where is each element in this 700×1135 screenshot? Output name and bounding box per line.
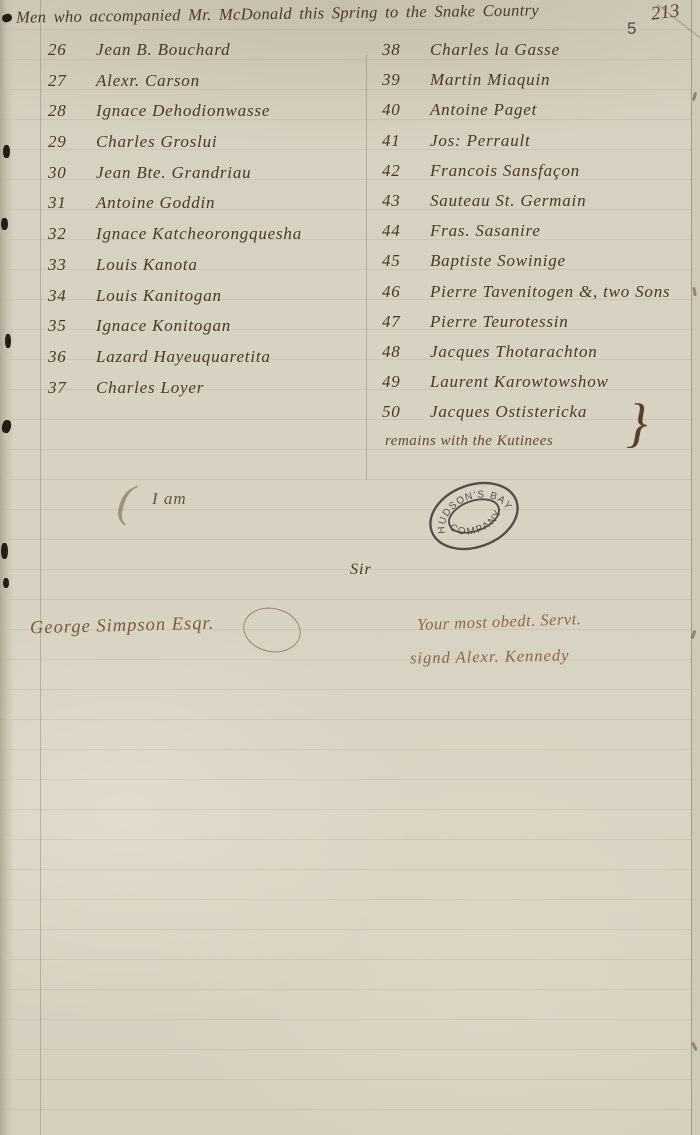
roster-number: 40 [382, 100, 430, 130]
stitch-mark [5, 334, 11, 348]
roster-number: 45 [382, 251, 430, 281]
roster-row: 26Jean B. Bouchard [48, 40, 302, 71]
roster-number: 29 [48, 132, 96, 163]
roster-row: 35Ignace Konitogan [48, 316, 302, 347]
stitch-mark [3, 578, 9, 588]
roster-number: 50 [382, 402, 430, 432]
roster-number: 32 [48, 224, 96, 255]
roster-row: 48Jacques Thotarachton [382, 342, 670, 372]
roster-number: 28 [48, 101, 96, 132]
roster-name: Sauteau St. Germain [430, 191, 586, 221]
valediction-line: Your most obedt. Servt. [417, 609, 582, 635]
addressee-line: George Simpson Esqr. [30, 614, 215, 640]
roster-name: Ignace Dehodionwasse [96, 101, 270, 132]
roster-row: 45Baptiste Sowinige [382, 251, 670, 281]
roster-row: 46Pierre Tavenitogen &, two Sons [382, 282, 670, 312]
salutation-sir: Sir [350, 561, 372, 579]
roster-name: Antoine Paget [430, 100, 537, 130]
roster-name: Jos: Perrault [430, 131, 531, 161]
roster-row: 27Alexr. Carson [48, 71, 302, 102]
roster-name: Charles la Gasse [430, 40, 560, 70]
roster-name: Jean Bte. Grandriau [96, 163, 251, 194]
roster-number: 46 [382, 282, 430, 312]
roster-name: Jacques Ostistericka [430, 402, 587, 432]
roster-name: Lazard Hayeuquaretita [96, 347, 271, 378]
roster-name: Ignace Konitogan [96, 316, 231, 347]
roster-number: 42 [382, 161, 430, 191]
roster-row: 38Charles la Gasse [382, 40, 670, 70]
roster-name: Charles Loyer [96, 378, 204, 409]
flourish-mark: ( [115, 477, 137, 525]
roster-name: Charles Groslui [96, 132, 217, 163]
roster-name: Louis Kanota [96, 255, 198, 286]
roster-number: 26 [48, 40, 96, 71]
roster-name: Ignace Katcheorongquesha [96, 224, 302, 255]
roster-row: 29Charles Groslui [48, 132, 302, 163]
roster-number: 27 [48, 71, 96, 102]
roster-name: Laurent Karowtowshow [430, 372, 609, 402]
roster-number: 36 [48, 347, 96, 378]
signature-line: signd Alexr. Kennedy [410, 646, 570, 669]
stitch-mark [1, 543, 8, 559]
roster-row: 30Jean Bte. Grandriau [48, 163, 302, 194]
roster-number: 39 [382, 70, 430, 100]
stitch-mark [1, 218, 8, 230]
roster-row: 42Francois Sansfaçon [382, 161, 670, 191]
roster-row: 32Ignace Katcheorongquesha [48, 224, 302, 255]
roster-number: 44 [382, 221, 430, 251]
roster-number: 37 [48, 378, 96, 409]
roster-number: 35 [48, 316, 96, 347]
roster-name: Pierre Tavenitogen &, two Sons [430, 282, 670, 312]
roster-name: Martin Miaquin [430, 70, 550, 100]
roster-name: Baptiste Sowinige [430, 251, 566, 281]
roster-name: Francois Sansfaçon [430, 161, 580, 191]
roster-name: Pierre Teurotessin [430, 312, 569, 342]
hudsons-bay-company-stamp: HUDSON'S BAY COMPANY [413, 461, 534, 570]
roster-name: Alexr. Carson [96, 71, 200, 102]
signature-flourish [239, 602, 305, 657]
roster-name: Jean B. Bouchard [96, 40, 230, 71]
roster-number: 31 [48, 193, 96, 224]
roster-left-column: 26Jean B. Bouchard 27Alexr. Carson 28Ign… [48, 40, 302, 408]
page-right-edge [691, 0, 700, 1135]
roster-row: 34Louis Kanitogan [48, 286, 302, 317]
roster-number: 43 [382, 191, 430, 221]
roster-name: Jacques Thotarachton [430, 342, 598, 372]
document-page: Men who accompanied Mr. McDonald this Sp… [0, 0, 700, 1135]
roster-row: 43Sauteau St. Germain [382, 191, 670, 221]
stitch-mark [3, 145, 10, 158]
roster-row: 40Antoine Paget [382, 100, 670, 130]
brace-mark: } [626, 396, 648, 450]
i-am-text: I am [152, 489, 187, 509]
binding-edge [0, 0, 14, 1135]
roster-number: 38 [382, 40, 430, 70]
roster-number: 34 [48, 286, 96, 317]
kutinees-annotation: remains with the Kutinees [385, 433, 553, 450]
roster-name: Antoine Goddin [96, 193, 215, 224]
roster-row: 44Fras. Sasanire [382, 221, 670, 251]
roster-number: 33 [48, 255, 96, 286]
roster-row: 39Martin Miaquin [382, 70, 670, 100]
roster-row: 41Jos: Perrault [382, 131, 670, 161]
roster-number: 47 [382, 312, 430, 342]
roster-number: 48 [382, 342, 430, 372]
roster-name: Fras. Sasanire [430, 221, 541, 251]
page-title: Men who accompanied Mr. McDonald this Sp… [16, 0, 539, 27]
roster-number: 41 [382, 131, 430, 161]
roster-right-column: 38Charles la Gasse 39Martin Miaquin 40An… [382, 40, 670, 432]
roster-row: 31Antoine Goddin [48, 193, 302, 224]
roster-row: 28Ignace Dehodionwasse [48, 101, 302, 132]
roster-number: 49 [382, 372, 430, 402]
margin-line [40, 0, 41, 1135]
stitch-mark [1, 419, 13, 434]
roster-row: 37Charles Loyer [48, 378, 302, 409]
stamp-outer-oval [421, 471, 527, 560]
roster-row: 33Louis Kanota [48, 255, 302, 286]
folio-number: 213 [650, 0, 681, 25]
roster-row: 36Lazard Hayeuquaretita [48, 347, 302, 378]
column-crease-line [366, 55, 367, 480]
roster-name: Louis Kanitogan [96, 286, 222, 317]
stitch-mark [1, 13, 13, 24]
roster-row: 47Pierre Teurotessin [382, 312, 670, 342]
roster-number: 30 [48, 163, 96, 194]
printed-page-number: 5 [627, 19, 636, 39]
